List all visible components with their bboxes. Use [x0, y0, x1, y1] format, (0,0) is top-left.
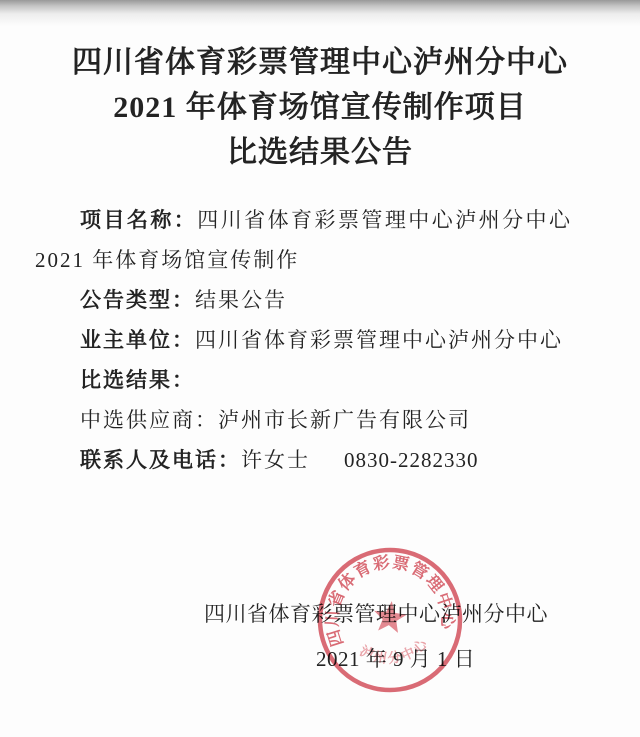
document-body: 项目名称：四川省体育彩票管理中心泸州分中心 2021 年体育场馆宣传制作 公告类… — [35, 200, 572, 480]
field-owner-unit: 业主单位：四川省体育彩票管理中心泸州分中心 — [35, 320, 572, 360]
field-owner-unit-value: 四川省体育彩票管理中心泸州分中心 — [195, 328, 563, 352]
signature-org: 四川省体育彩票管理中心泸州分中心 — [204, 598, 548, 628]
document-title: 四川省体育彩票管理中心泸州分中心 2021 年体育场馆宣传制作项目 比选结果公告 — [30, 40, 610, 175]
signature-date: 2021 年 9 月 1 日 — [316, 643, 475, 673]
field-announcement-type: 公告类型：结果公告 — [35, 280, 572, 320]
title-line-1: 四川省体育彩票管理中心泸州分中心 — [30, 40, 610, 85]
field-contact: 联系人及电话：许女士0830-2282330 — [35, 440, 572, 480]
field-comparison-result: 比选结果： — [35, 360, 572, 400]
field-contact-label: 联系人及电话： — [80, 448, 241, 472]
title-line-3: 比选结果公告 — [30, 130, 610, 175]
field-owner-unit-label: 业主单位： — [80, 328, 195, 352]
title-line-2: 2021 年体育场馆宣传制作项目 — [30, 85, 610, 130]
field-winning-supplier-value: 泸州市长新广告有限公司 — [218, 408, 471, 432]
field-contact-phone: 0830-2282330 — [344, 448, 479, 472]
field-project-name: 项目名称：四川省体育彩票管理中心泸州分中心 2021 年体育场馆宣传制作 — [35, 200, 572, 280]
field-contact-person: 许女士 — [241, 448, 310, 472]
document-page: 四川省体育彩票管理中心泸州分中心 2021 年体育场馆宣传制作项目 比选结果公告… — [0, 0, 640, 737]
field-project-name-label: 项目名称： — [80, 208, 197, 232]
field-winning-supplier-label: 中选供应商： — [80, 408, 218, 432]
field-announcement-type-value: 结果公告 — [195, 288, 287, 312]
field-announcement-type-label: 公告类型： — [80, 288, 195, 312]
scan-edge-shadow — [0, 0, 640, 26]
svg-text:四川省体育彩票管理中心: 四川省体育彩票管理中心 — [314, 544, 461, 649]
field-comparison-result-label: 比选结果： — [80, 368, 195, 392]
field-winning-supplier: 中选供应商：泸州市长新广告有限公司 — [35, 400, 572, 440]
seal-ring-text: 四川省体育彩票管理中心 — [314, 544, 461, 649]
